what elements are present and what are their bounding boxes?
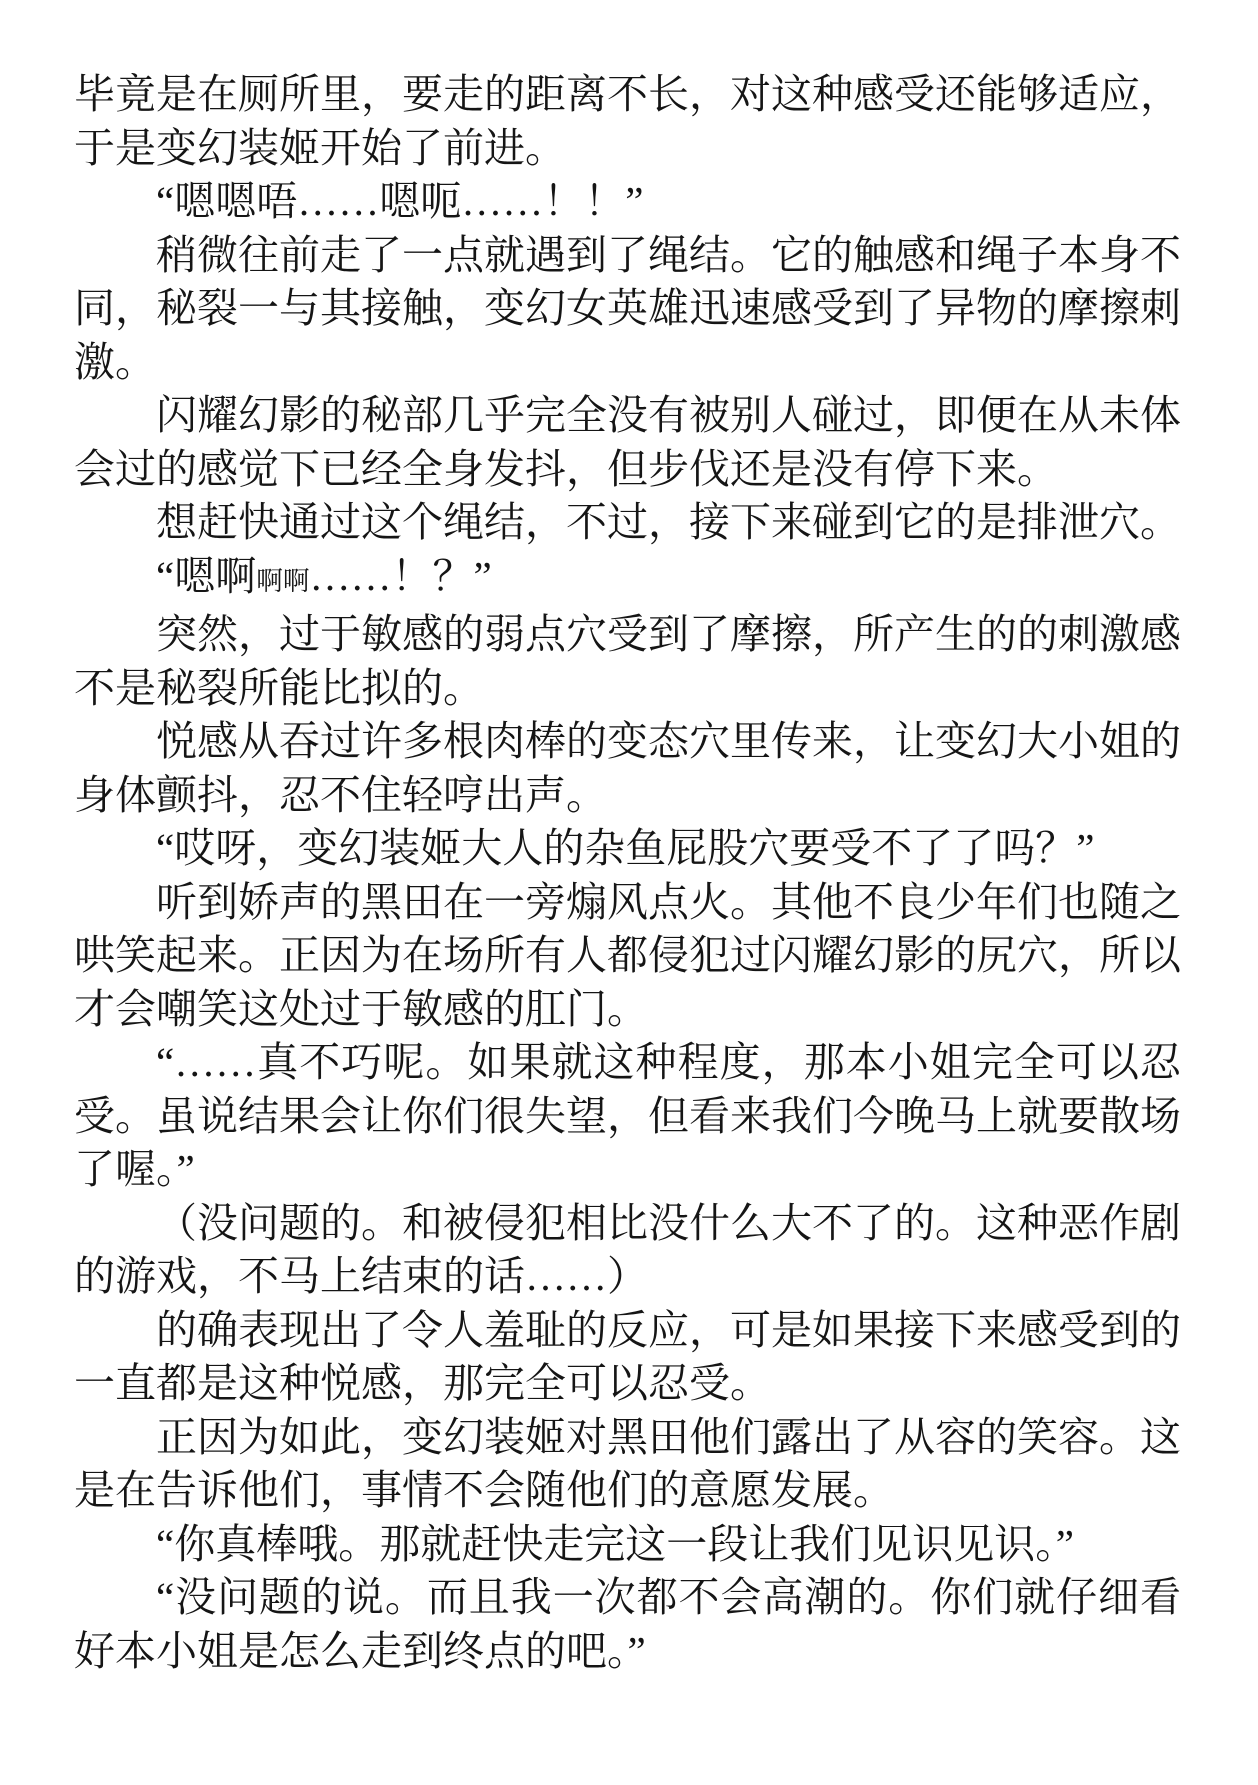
paragraph-15: “你真棒哦。那就赶快走完这一段让我们见识见识。”	[74, 1518, 1181, 1572]
document-page: 毕竟是在厕所里，要走的距离不长，对这种感受还能够适应，于是变幻装姬开始了前进。“…	[0, 0, 1258, 1785]
text-run: 听到娇声的黑田在一旁煽风点火。其他不良少年们也随之哄笑起来。正因为在场所有人都侵…	[74, 879, 1181, 1032]
paragraph-6: “嗯啊啊啊……！？”	[74, 550, 1181, 609]
text-run: “没问题的说。而且我一次都不会高潮的。你们就仔细看好本小姐是怎么走到终点的吧。”	[74, 1574, 1181, 1674]
text-run: 想赶快通过这个绳结，不过，接下来碰到它的是排泄穴。	[156, 499, 1181, 545]
text-run: “嗯啊	[156, 553, 256, 599]
paragraph-16: “没问题的说。而且我一次都不会高潮的。你们就仔细看好本小姐是怎么走到终点的吧。”	[74, 1571, 1181, 1678]
paragraph-2: “嗯嗯唔……嗯呃……！！”	[74, 175, 1181, 229]
paragraph-14: 正因为如此，变幻装姬对黑田他们露出了从容的笑容。这是在告诉他们，事情不会随他们的…	[74, 1411, 1181, 1518]
paragraph-9: “哎呀，变幻装姬大人的杂鱼屁股穴要受不了了吗？”	[74, 822, 1181, 876]
text-run: 毕竟是在厕所里，要走的距离不长，对这种感受还能够适应，于是变幻装姬开始了前进。	[74, 71, 1181, 171]
paragraph-12: （没问题的。和被侵犯相比没什么大不了的。这种恶作剧的游戏，不马上结束的话……）	[74, 1197, 1181, 1304]
text-run: （没问题的。和被侵犯相比没什么大不了的。这种恶作剧的游戏，不马上结束的话……）	[74, 1200, 1181, 1300]
text-run: 悦感从吞过许多根肉棒的变态穴里传来，让变幻大小姐的身体颤抖，忍不住轻哼出声。	[74, 718, 1181, 818]
text-run: “……真不巧呢。如果就这种程度，那本小姐完全可以忍受。虽说结果会让你们很失望，但…	[74, 1039, 1181, 1192]
text-run: 突然，过于敏感的弱点穴受到了摩擦，所产生的的刺激感不是秘裂所能比拟的。	[74, 611, 1181, 711]
small-text-run: 啊啊	[256, 566, 309, 596]
text-run: “嗯嗯唔……嗯呃……！！”	[156, 178, 643, 224]
text-column: 毕竟是在厕所里，要走的距离不长，对这种感受还能够适应，于是变幻装姬开始了前进。“…	[74, 68, 1181, 1678]
paragraph-1: 毕竟是在厕所里，要走的距离不长，对这种感受还能够适应，于是变幻装姬开始了前进。	[74, 68, 1181, 175]
paragraph-10: 听到娇声的黑田在一旁煽风点火。其他不良少年们也随之哄笑起来。正因为在场所有人都侵…	[74, 876, 1181, 1037]
paragraph-11: “……真不巧呢。如果就这种程度，那本小姐完全可以忍受。虽说结果会让你们很失望，但…	[74, 1036, 1181, 1197]
paragraph-7: 突然，过于敏感的弱点穴受到了摩擦，所产生的的刺激感不是秘裂所能比拟的。	[74, 608, 1181, 715]
paragraph-5: 想赶快通过这个绳结，不过，接下来碰到它的是排泄穴。	[74, 496, 1181, 550]
paragraph-4: 闪耀幻影的秘部几乎完全没有被别人碰过，即便在从未体会过的感觉下已经全身发抖，但步…	[74, 389, 1181, 496]
text-run: “哎呀，变幻装姬大人的杂鱼屁股穴要受不了了吗？”	[156, 825, 1094, 871]
text-run: 的确表现出了令人羞耻的反应，可是如果接下来感受到的一直都是这种悦感，那完全可以忍…	[74, 1307, 1181, 1407]
text-run: “你真棒哦。那就赶快走完这一段让我们见识见识。”	[156, 1521, 1074, 1567]
paragraph-8: 悦感从吞过许多根肉棒的变态穴里传来，让变幻大小姐的身体颤抖，忍不住轻哼出声。	[74, 715, 1181, 822]
paragraph-3: 稍微往前走了一点就遇到了绳结。它的触感和绳子本身不同，秘裂一与其接触，变幻女英雄…	[74, 229, 1181, 390]
text-run: ……！？”	[310, 553, 492, 599]
text-run: 闪耀幻影的秘部几乎完全没有被别人碰过，即便在从未体会过的感觉下已经全身发抖，但步…	[74, 392, 1181, 492]
paragraph-13: 的确表现出了令人羞耻的反应，可是如果接下来感受到的一直都是这种悦感，那完全可以忍…	[74, 1304, 1181, 1411]
text-run: 正因为如此，变幻装姬对黑田他们露出了从容的笑容。这是在告诉他们，事情不会随他们的…	[74, 1414, 1181, 1514]
text-run: 稍微往前走了一点就遇到了绳结。它的触感和绳子本身不同，秘裂一与其接触，变幻女英雄…	[74, 232, 1181, 385]
